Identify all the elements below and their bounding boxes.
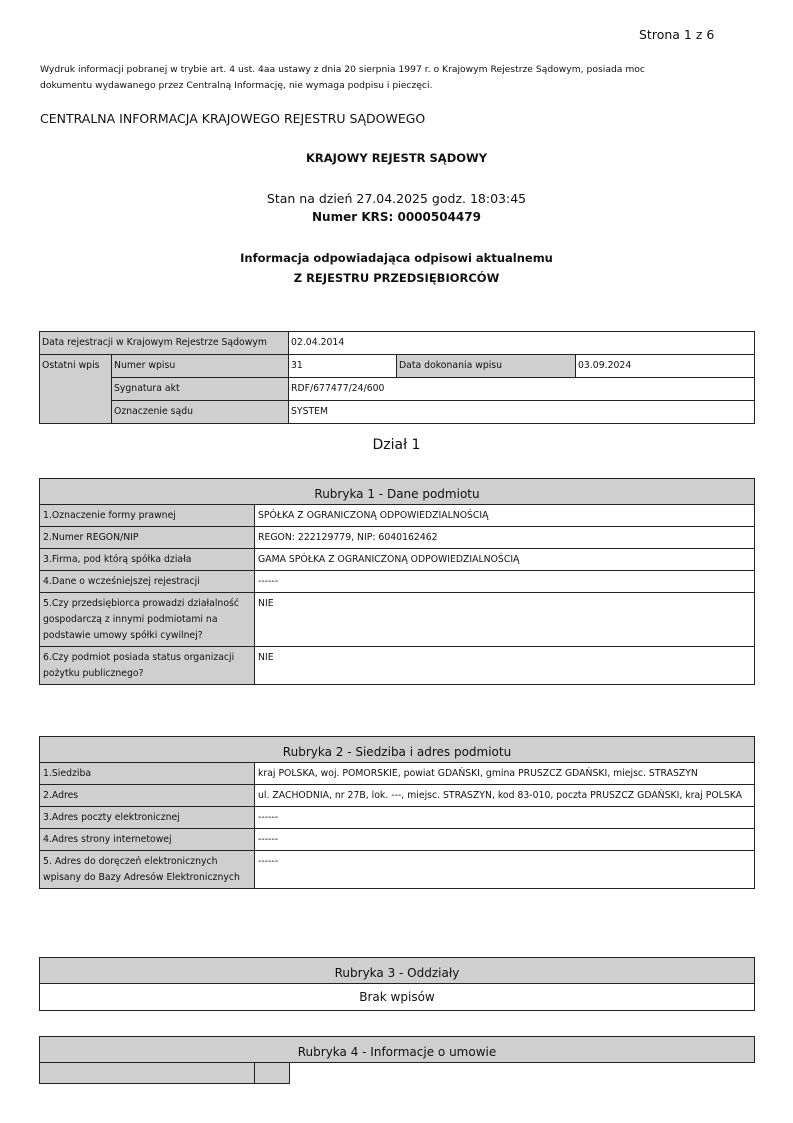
- row-value: SPÓŁKA Z OGRANICZONĄ ODPOWIEDZIALNOŚCIĄ: [255, 505, 755, 527]
- registration-table: Data rejestracji w Krajowym Rejestrze Są…: [39, 331, 755, 424]
- issuer: CENTRALNA INFORMACJA KRAJOWEGO REJESTRU …: [40, 111, 425, 126]
- empty-entries: Brak wpisów: [40, 984, 755, 1011]
- disclaimer: Wydruk informacji pobranej w trybie art.…: [40, 62, 660, 94]
- rubryka1-table: Rubryka 1 - Dane podmiotu 1.Oznaczenie f…: [39, 478, 755, 685]
- row-value: GAMA SPÓŁKA Z OGRANICZONĄ ODPOWIEDZIALNO…: [255, 549, 755, 571]
- info-title-line1: Informacja odpowiadająca odpisowi aktual…: [0, 251, 793, 265]
- entry-number-label: Numer wpisu: [112, 355, 289, 378]
- court-label: Oznaczenie sądu: [112, 401, 289, 424]
- register-title: KRAJOWY REJESTR SĄDOWY: [0, 151, 793, 165]
- rubryka2-title: Rubryka 2 - Siedziba i adres podmiotu: [40, 737, 755, 763]
- row-label: 2.Numer REGON/NIP: [40, 527, 255, 549]
- status-date: Stan na dzień 27.04.2025 godz. 18:03:45: [0, 191, 793, 206]
- row-label: 3.Adres poczty elektronicznej: [40, 807, 255, 829]
- rubryka3-title: Rubryka 3 - Oddziały: [40, 958, 755, 984]
- row-value: NIE: [255, 593, 755, 647]
- row-label: 4.Dane o wcześniejszej rejestracji: [40, 571, 255, 593]
- section-title: Dział 1: [0, 437, 793, 453]
- row-value: ul. ZACHODNIA, nr 27B, lok. ---, miejsc.…: [255, 785, 755, 807]
- row-label: 1.Oznaczenie formy prawnej: [40, 505, 255, 527]
- row-label: 4.Adres strony internetowej: [40, 829, 255, 851]
- krs-number: Numer KRS: 0000504479: [0, 210, 793, 224]
- entry-date-value: 03.09.2024: [576, 355, 755, 378]
- reg-date-label: Data rejestracji w Krajowym Rejestrze Są…: [40, 332, 289, 355]
- entry-date-label: Data dokonania wpisu: [397, 355, 576, 378]
- rubryka1-title: Rubryka 1 - Dane podmiotu: [40, 479, 755, 505]
- page-number: Strona 1 z 6: [639, 27, 714, 42]
- row-value: NIE: [255, 647, 755, 685]
- row-label: 5.Czy przedsiębiorca prowadzi działalnoś…: [40, 593, 255, 647]
- court-value: SYSTEM: [289, 401, 755, 424]
- entry-number-value: 31: [289, 355, 397, 378]
- rubryka4-table: Rubryka 4 - Informacje o umowie: [39, 1036, 755, 1084]
- row-label: 6.Czy podmiot posiada status organizacji…: [40, 647, 255, 685]
- rubryka3-table: Rubryka 3 - Oddziały Brak wpisów: [39, 957, 755, 1011]
- rubryka2-table: Rubryka 2 - Siedziba i adres podmiotu 1.…: [39, 736, 755, 889]
- file-signature-value: RDF/677477/24/600: [289, 378, 755, 401]
- row-label: 5. Adres do doręczeń elektronicznych wpi…: [40, 851, 255, 889]
- rubryka4-title: Rubryka 4 - Informacje o umowie: [40, 1037, 755, 1063]
- last-entry-label: Ostatni wpis: [40, 355, 112, 424]
- row-value: [290, 1063, 755, 1084]
- row-value: ------: [255, 807, 755, 829]
- reg-date-value: 02.04.2014: [289, 332, 755, 355]
- row-value: ------: [255, 829, 755, 851]
- row-sublabel: [255, 1063, 290, 1084]
- row-value: ------: [255, 571, 755, 593]
- row-label: 2.Adres: [40, 785, 255, 807]
- row-value: REGON: 222129779, NIP: 6040162462: [255, 527, 755, 549]
- row-value: ------: [255, 851, 755, 889]
- row-label: 3.Firma, pod którą spółka działa: [40, 549, 255, 571]
- row-label: 1.Siedziba: [40, 763, 255, 785]
- info-title-line2: Z REJESTRU PRZEDSIĘBIORCÓW: [0, 271, 793, 285]
- row-value: kraj POLSKA, woj. POMORSKIE, powiat GDAŃ…: [255, 763, 755, 785]
- row-label: [40, 1063, 255, 1084]
- file-signature-label: Sygnatura akt: [112, 378, 289, 401]
